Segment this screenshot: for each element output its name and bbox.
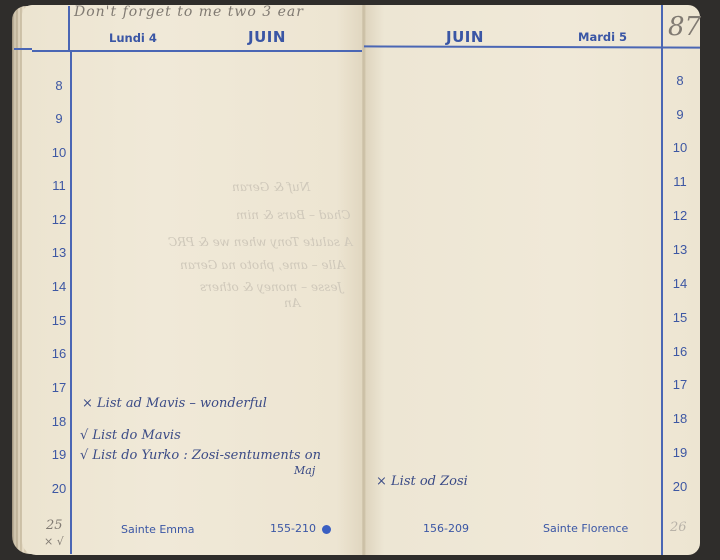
diary-entry: × List ad Mavis – wonderful	[82, 396, 267, 411]
hour-label: 15	[665, 310, 695, 325]
hour-label: 16	[665, 344, 695, 359]
hour-label: 18	[44, 414, 74, 429]
right-day-label: Mardi 5	[578, 30, 627, 44]
hour-label: 9	[665, 107, 695, 122]
ghost-line: An	[284, 296, 300, 310]
hour-label: 20	[44, 481, 74, 496]
hour-label: 20	[665, 479, 695, 494]
margin-check-note: × √	[44, 535, 64, 548]
page-number-note: 87	[668, 12, 701, 42]
ghost-line: Alle – ame, photo na Geran	[180, 258, 345, 272]
hour-label: 13	[44, 245, 74, 260]
ghost-line: Nuf & Geran	[232, 180, 310, 194]
hour-label: 12	[44, 212, 74, 227]
hour-label: 14	[44, 279, 74, 294]
hour-label: 17	[665, 377, 695, 392]
diary-entry: × List od Zosi	[376, 474, 468, 489]
left-header-divider	[68, 6, 70, 50]
ghost-line: A salute Tony when we & PRC	[168, 235, 352, 249]
hour-label: 18	[665, 411, 695, 426]
hour-label: 17	[44, 380, 74, 395]
hour-label: 14	[665, 276, 695, 291]
hour-label: 10	[665, 140, 695, 155]
margin-note: 25	[46, 518, 63, 533]
ghost-line: Chad – Bars & nim	[236, 208, 351, 222]
hour-label: 8	[44, 78, 74, 93]
diary-entry: √ List do Yurko : Zosi-sentuments on	[80, 448, 321, 463]
saint-of-day: Sainte Florence	[543, 522, 628, 535]
top-pencil-note: Don't forget to me two 3 ear	[74, 4, 304, 20]
moon-phase-icon	[322, 525, 331, 534]
left-hour-column-rule	[70, 52, 72, 554]
hour-label: 19	[665, 445, 695, 460]
saint-of-day: Sainte Emma	[121, 523, 194, 536]
open-diary: Don't forget to me two 3 ear Lundi 4 JUI…	[0, 0, 720, 560]
right-page	[364, 5, 700, 555]
left-day-label: Lundi 4	[109, 31, 157, 45]
ghost-line: Jesse – money & others	[200, 280, 342, 294]
diary-entry-continuation: Maj	[294, 464, 315, 477]
hour-label: 19	[44, 447, 74, 462]
hour-label: 15	[44, 313, 74, 328]
hour-label: 16	[44, 346, 74, 361]
hour-label: 9	[44, 111, 74, 126]
right-hour-column-rule	[661, 5, 663, 555]
diary-entry: √ List do Mavis	[80, 428, 181, 443]
hour-label: 13	[665, 242, 695, 257]
book-gutter	[362, 5, 366, 555]
day-counter: 155-210	[270, 522, 316, 535]
day-counter: 156-209	[423, 522, 469, 535]
hour-label: 8	[665, 73, 695, 88]
hour-label: 11	[665, 174, 695, 189]
hour-label: 11	[44, 178, 74, 193]
hour-label: 10	[44, 145, 74, 160]
right-month-label: JUIN	[446, 28, 484, 46]
left-header-rule	[32, 50, 362, 52]
hour-label: 12	[665, 208, 695, 223]
left-month-label: JUIN	[248, 28, 286, 46]
margin-note: 26	[670, 520, 687, 535]
header-rule-stub	[14, 48, 32, 50]
